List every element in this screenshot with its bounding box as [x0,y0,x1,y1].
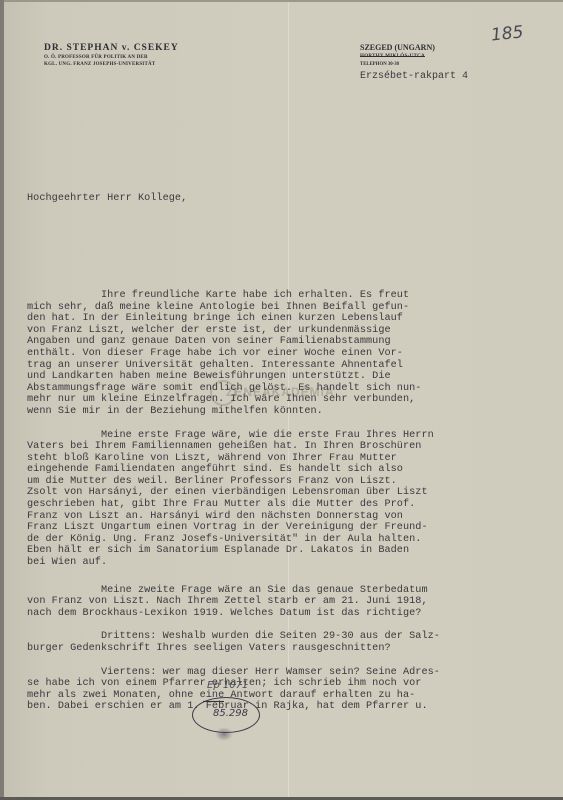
text-line: enthält. Von dieser Frage habe ich vor e… [27,348,557,360]
paragraphs: Ihre freundliche Karte habe ich erhalten… [27,290,557,713]
text-line: steht bloß Karoline von Liszt, während v… [27,453,557,465]
paragraph: Ihre freundliche Karte habe ich erhalten… [27,290,557,418]
stamp-number: 85.298 [213,708,248,719]
text-line: Viertens: wer mag dieser Herr Wamser sei… [27,667,557,679]
letter-body: Hochgeehrter Herr Kollege, Ihre freundli… [27,170,557,737]
sender-city: SZEGED (UNGARN) [360,43,468,52]
struck-street: HORTHY MIKLÓS-UTCA [360,54,468,59]
text-line: Angaben und ganz genaue Daten von seiner… [27,336,557,348]
archive-reference: Ep 1071 [207,680,248,691]
sender-institution: KGL. UNG. FRANZ JOSEPHS-UNIVERSITÄT [44,62,179,67]
text-line: eingehende Familiendaten angeführt sind.… [27,464,557,476]
text-line: mehr als zwei Monaten, ohne eine Antwort… [27,690,557,702]
ink-smudge [215,727,233,741]
text-line: um die Mutter des weil. Berliner Profess… [27,476,557,488]
text-line: den hat. In der Einleitung bringe ich ei… [27,313,557,325]
text-line: bei Wien auf. [27,557,557,569]
stamp-label-icon: ▬▬▬▬▬▬ [203,699,224,703]
text-line: nach dem Brockhaus-Lexikon 1919. Welches… [27,608,557,620]
text-line: Drittens: Weshalb wurden die Seiten 29-3… [27,631,557,643]
text-line: Meine zweite Frage wäre an Sie das genau… [27,585,557,597]
scan-edge-left [0,0,4,800]
text-line: Franz von Liszt an. Harsányi wird den nä… [27,511,557,523]
text-line: von Franz von Liszt. Nach Ihrem Zettel s… [27,596,557,608]
typed-address: Erzsébet-rakpart 4 [360,71,468,82]
text-line: mehr nur um kleine Einzelfragen. Ich wär… [27,394,557,406]
text-line: Zsolt von Harsányi, der einen vierbändig… [27,487,557,499]
text-line: mich sehr, daß meine kleine Antologie be… [27,302,557,314]
letterhead-address: SZEGED (UNGARN) HORTHY MIKLÓS-UTCA TELEP… [360,43,468,82]
text-line: Vaters bei Ihrem Familiennamen geheißen … [27,441,557,453]
text-line: und Landkarten haben meine Beweisführung… [27,371,557,383]
paragraph: Drittens: Weshalb wurden die Seiten 29-3… [27,631,557,654]
letterhead-sender: DR. STEPHAN v. CSEKEY O. Ö. PROFESSOR FÜ… [44,43,179,67]
paragraph: Viertens: wer mag dieser Herr Wamser sei… [27,667,557,713]
text-line: Franz Liszt Ungartum einen Vortrag in de… [27,522,557,534]
text-line: Ihre freundliche Karte habe ich erhalten… [27,290,557,302]
text-line: wenn Sie mir in der Beziehung mithelfen … [27,406,557,418]
text-line: trag an unserer Universität gehalten. In… [27,360,557,372]
text-line: Meine erste Frage wäre, wie die erste Fr… [27,430,557,442]
scan-edge-top [0,0,563,2]
text-line: se habe ich von einem Pfarrer erhalten; … [27,678,557,690]
paragraph: Meine erste Frage wäre, wie die erste Fr… [27,430,557,569]
text-line: geschrieben hat, gibt Ihre Frau Mutter a… [27,499,557,511]
sender-name: DR. STEPHAN v. CSEKEY [44,43,179,53]
text-line: Abstammungsfrage wäre somit endlich gelö… [27,383,557,395]
text-line: von Franz Liszt, welcher der erste ist, … [27,325,557,337]
sender-telephone: TELEPHON 30-30 [360,62,468,67]
paragraph: Meine zweite Frage wäre an Sie das genau… [27,585,557,620]
text-line: ben. Dabei erschien er am 1. Februar in … [27,701,557,713]
salutation: Hochgeehrter Herr Kollege, [27,193,557,205]
folio-number: 185 [490,22,524,45]
text-line: de der König. Ung. Franz Josefs-Universi… [27,534,557,546]
text-line: burger Gedenkschrift Ihres seeligen Vate… [27,643,557,655]
sender-title: O. Ö. PROFESSOR FÜR POLITIK AN DER [44,55,179,60]
text-line: Eben hält er sich im Sanatorium Esplanad… [27,545,557,557]
